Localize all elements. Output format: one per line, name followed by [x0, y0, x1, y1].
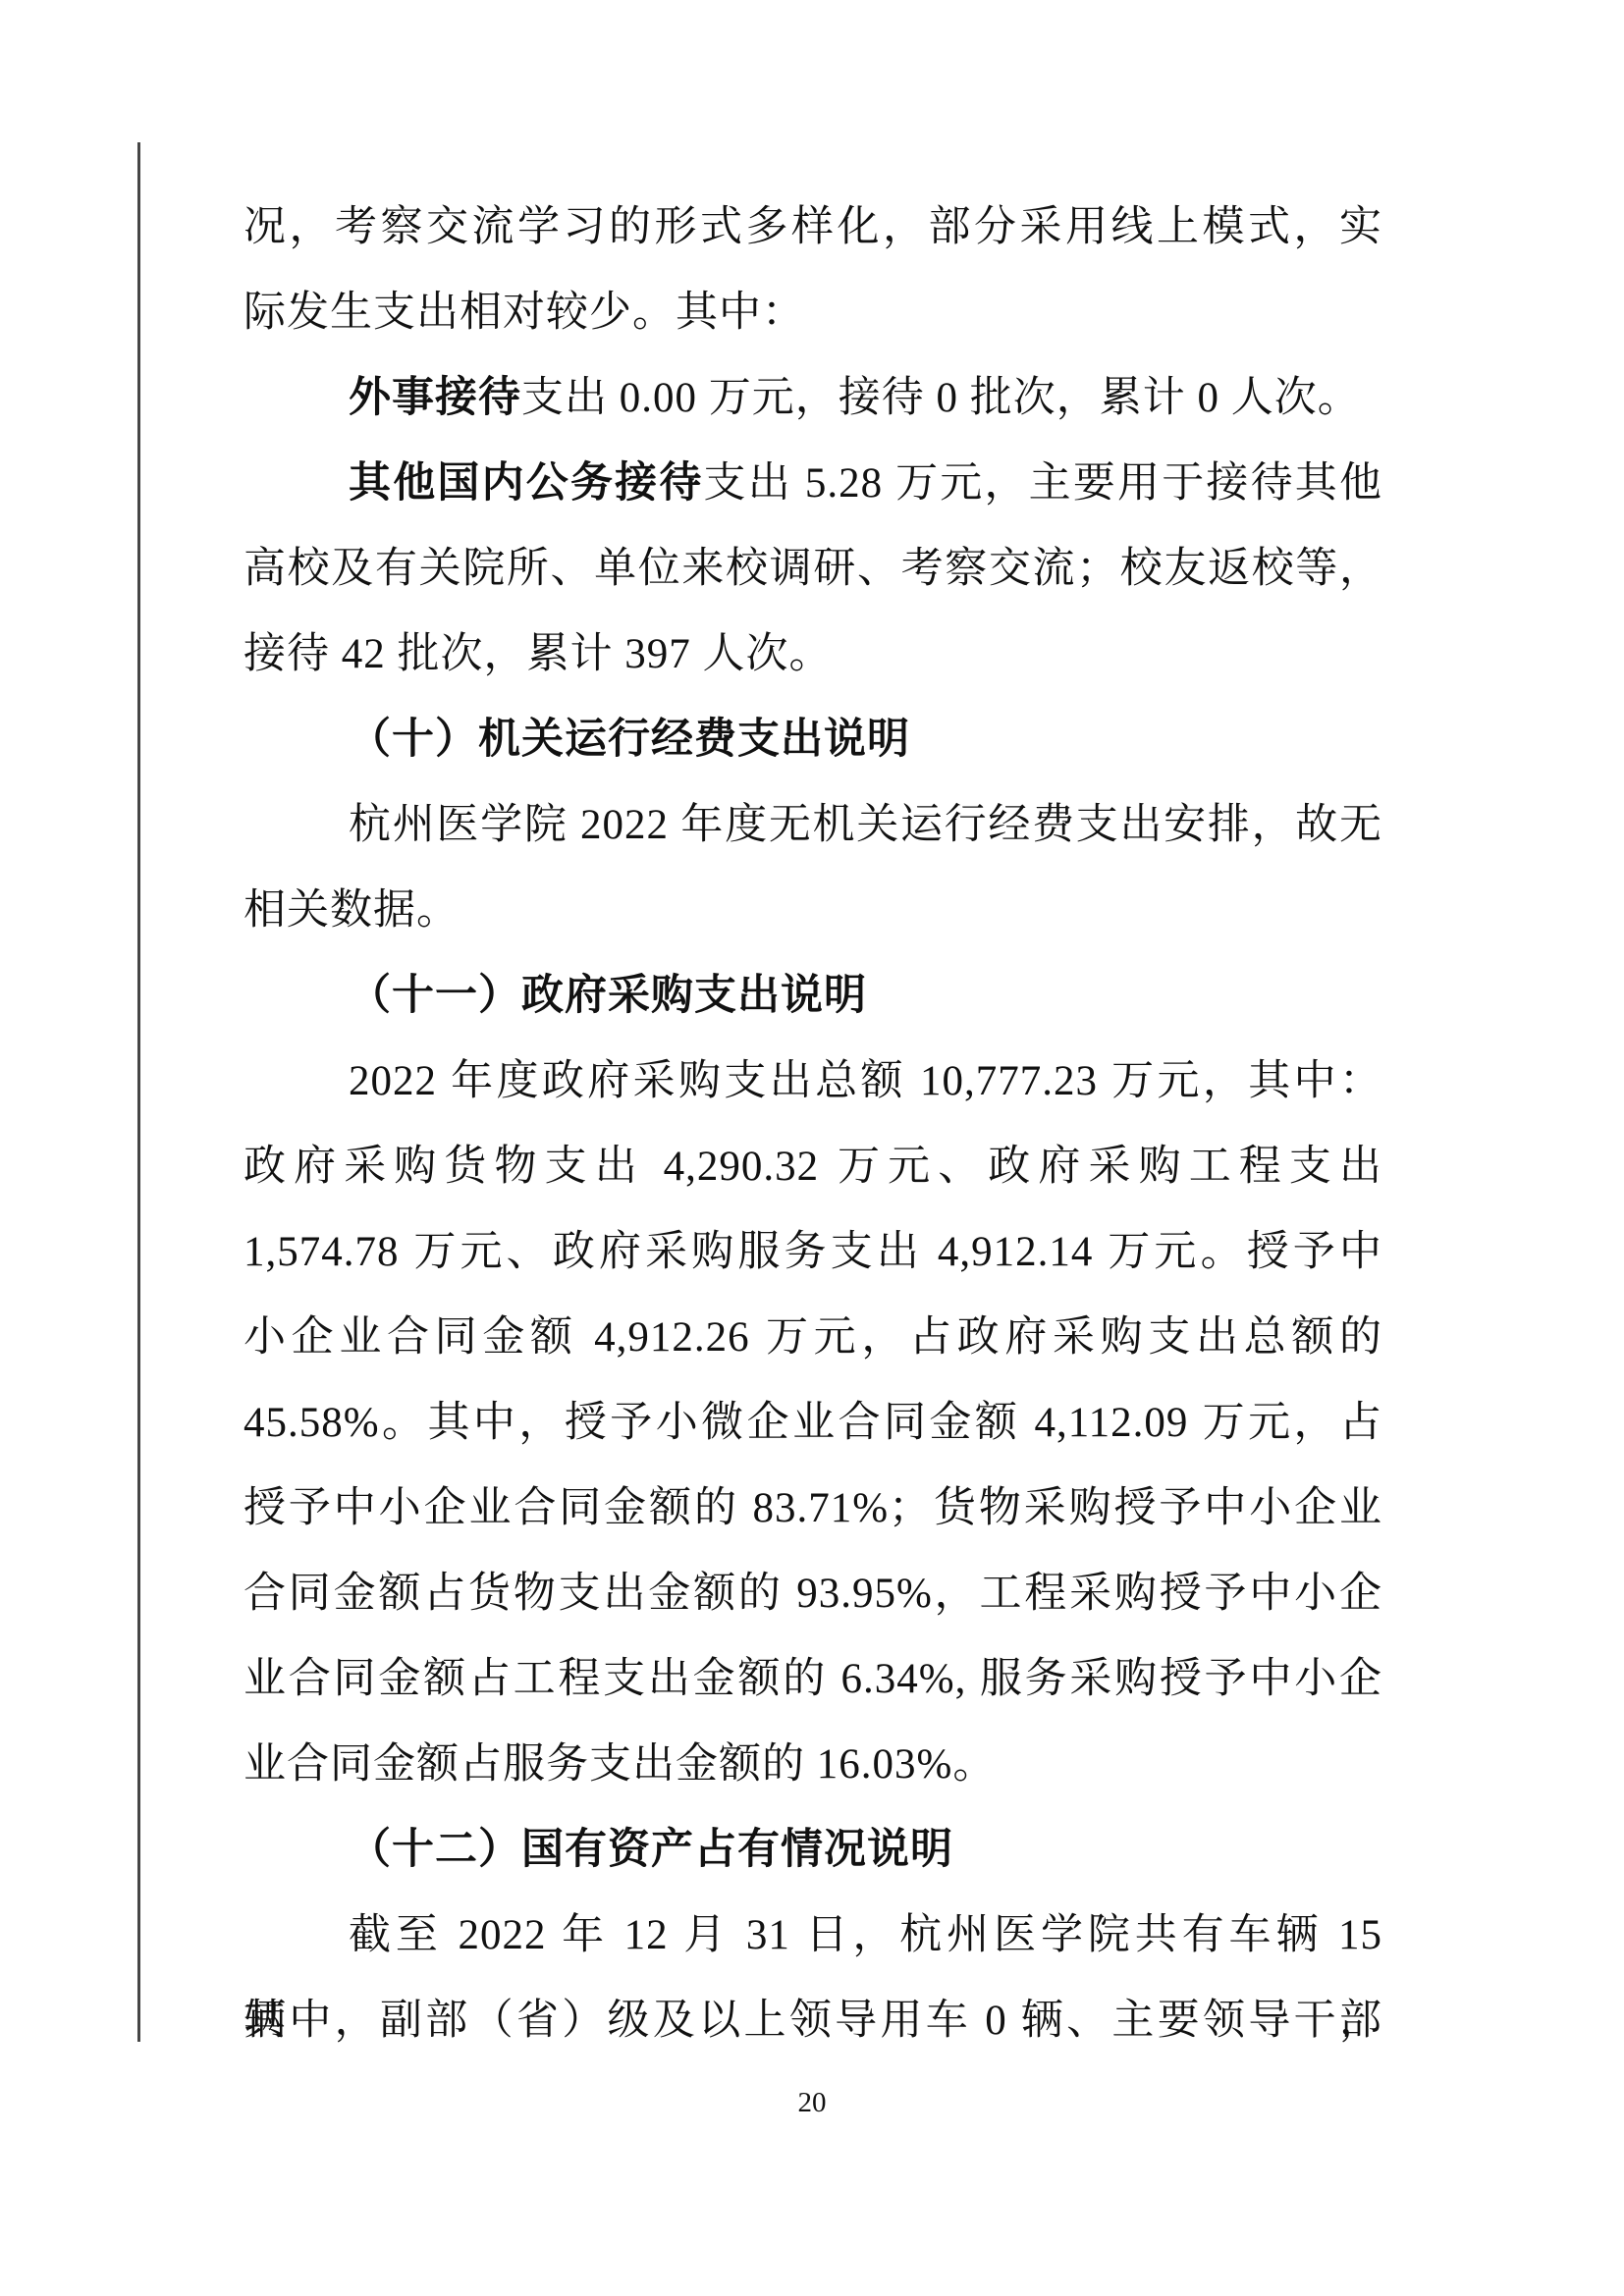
- text-line: 况，考察交流学习的形式多样化，部分采用线上模式，实: [244, 185, 1382, 270]
- text-line: 2022 年度政府采购支出总额 10,777.23 万元，其中：: [244, 1039, 1382, 1124]
- text-line: 杭州医学院 2022 年度无机关运行经费支出安排，故无: [244, 782, 1382, 868]
- text-line: 际发生支出相对较少。其中：: [244, 270, 1382, 355]
- text-segment: 小企业合同金额 4,912.26 万元，占政府采购支出总额的: [244, 1314, 1382, 1361]
- text-line: 高校及有关院所、单位来校调研、考察交流；校友返校等，: [244, 526, 1382, 612]
- text-line: 授予中小企业合同金额的 83.71%；货物采购授予中小企业: [244, 1466, 1382, 1551]
- bold-text-segment: （十）机关运行经费支出说明: [349, 717, 910, 763]
- text-segment: 其中，副部（省）级及以上领导用车 0 辆、主要领导干部: [244, 1998, 1382, 2044]
- text-segment: 况，考察交流学习的形式多样化，部分采用线上模式，实: [244, 204, 1382, 250]
- text-segment: 业合同金额占服务支出金额的 16.03%。: [244, 1741, 996, 1788]
- text-segment: 支出 0.00 万元，接待 0 批次，累计 0 人次。: [521, 375, 1361, 421]
- text-line: 业合同金额占服务支出金额的 16.03%。: [244, 1722, 1382, 1807]
- text-segment: 高校及有关院所、单位来校调研、考察交流；校友返校等，: [244, 546, 1382, 592]
- bold-text-segment: 其他国内公务接待: [349, 460, 704, 507]
- text-line: 合同金额占货物支出金额的 93.95%，工程采购授予中小企: [244, 1551, 1382, 1636]
- text-line: 政府采购货物支出 4,290.32 万元、政府采购工程支出: [244, 1124, 1382, 1209]
- text-segment: 际发生支出相对较少。其中：: [244, 290, 805, 336]
- bold-text-segment: 外事接待: [349, 375, 521, 421]
- document-body: 况，考察交流学习的形式多样化，部分采用线上模式，实际发生支出相对较少。其中：外事…: [244, 185, 1382, 2063]
- document-page: 况，考察交流学习的形式多样化，部分采用线上模式，实际发生支出相对较少。其中：外事…: [0, 0, 1624, 2296]
- text-segment: 业合同金额占工程支出金额的 6.34%, 服务采购授予中小企: [244, 1656, 1382, 1702]
- text-segment: 支出 5.28 万元，主要用于接待其他: [704, 460, 1382, 507]
- text-line: 业合同金额占工程支出金额的 6.34%, 服务采购授予中小企: [244, 1636, 1382, 1722]
- text-line: 外事接待支出 0.00 万元，接待 0 批次，累计 0 人次。: [244, 355, 1382, 441]
- text-segment: 相关数据。: [244, 887, 460, 934]
- text-line: 45.58%。其中，授予小微企业合同金额 4,112.09 万元，占: [244, 1380, 1382, 1466]
- text-segment: 合同金额占货物支出金额的 93.95%，工程采购授予中小企: [244, 1571, 1382, 1617]
- text-segment: 接待 42 批次，累计 397 人次。: [244, 631, 833, 677]
- section-heading: （十）机关运行经费支出说明: [244, 697, 1382, 782]
- text-segment: 2022 年度政府采购支出总额 10,777.23 万元，其中：: [349, 1058, 1382, 1104]
- text-line: 其中，副部（省）级及以上领导用车 0 辆、主要领导干部: [244, 1978, 1382, 2063]
- text-segment: 授予中小企业合同金额的 83.71%；货物采购授予中小企业: [244, 1485, 1382, 1531]
- scan-artifact-line: [137, 142, 140, 2042]
- text-line: 其他国内公务接待支出 5.28 万元，主要用于接待其他: [244, 441, 1382, 526]
- text-segment: 45.58%。其中，授予小微企业合同金额 4,112.09 万元，占: [244, 1400, 1382, 1446]
- text-line: 接待 42 批次，累计 397 人次。: [244, 612, 1382, 697]
- text-segment: 1,574.78 万元、政府采购服务支出 4,912.14 万元。授予中: [244, 1229, 1382, 1275]
- text-segment: 政府采购货物支出 4,290.32 万元、政府采购工程支出: [244, 1144, 1382, 1190]
- text-line: 截至 2022 年 12 月 31 日，杭州医学院共有车辆 15 辆，: [244, 1893, 1382, 1978]
- section-heading: （十一）政府采购支出说明: [244, 953, 1382, 1039]
- bold-text-segment: （十二）国有资产占有情况说明: [349, 1827, 953, 1873]
- section-heading: （十二）国有资产占有情况说明: [244, 1807, 1382, 1893]
- text-line: 1,574.78 万元、政府采购服务支出 4,912.14 万元。授予中: [244, 1209, 1382, 1295]
- bold-text-segment: （十一）政府采购支出说明: [349, 973, 867, 1019]
- text-line: 小企业合同金额 4,912.26 万元，占政府采购支出总额的: [244, 1295, 1382, 1380]
- text-line: 相关数据。: [244, 868, 1382, 953]
- page-number: 20: [0, 2085, 1624, 2120]
- text-segment: 杭州医学院 2022 年度无机关运行经费支出安排，故无: [349, 802, 1382, 848]
